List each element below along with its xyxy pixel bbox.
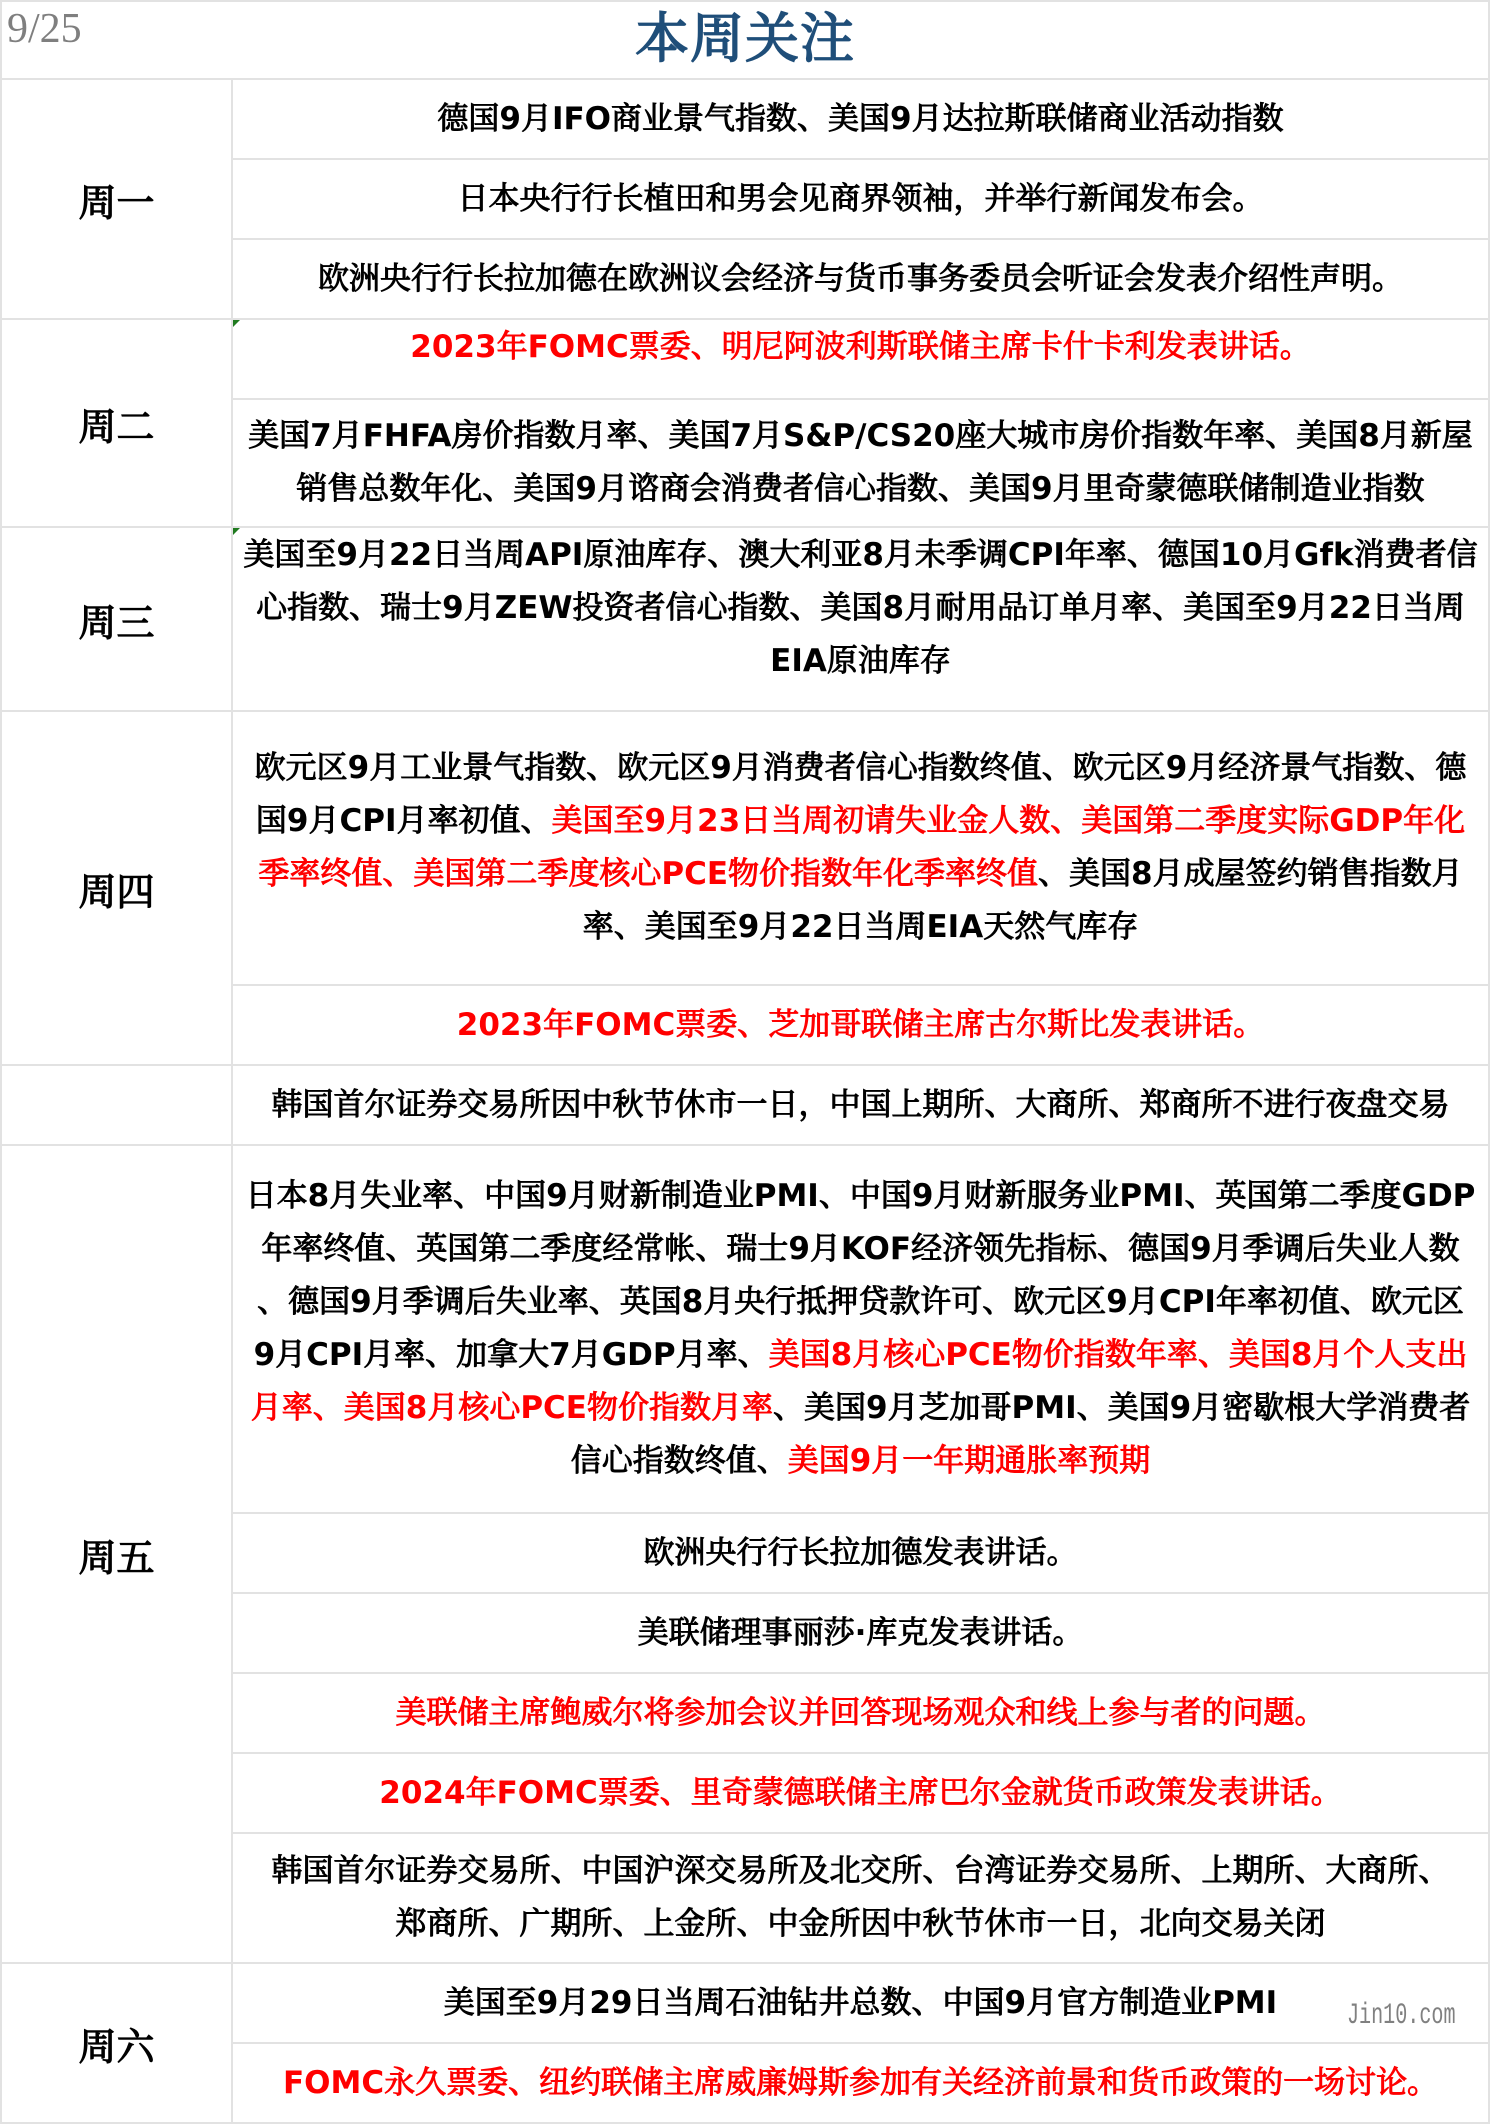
event-text: 美国至9月29日当周石油钻井总数、中国9月官方制造业PMI: [444, 1985, 1277, 2021]
event-text: EIA原油库存: [770, 643, 951, 679]
day-cell-friday: 周五: [0, 1146, 233, 1964]
event-text: 信心指数终值、: [571, 1443, 788, 1479]
event-text: 美国至9月22日当周API原油库存、澳大利亚8月未季调CPI年率、德国10月Gf…: [243, 537, 1477, 573]
day-label: 周三: [78, 592, 154, 647]
event-line: 、德国9月季调后失业率、英国8月央行抵押贷款许可、欧元区9月CPI年率初值、欧元…: [257, 1276, 1464, 1329]
event-line: 心指数、瑞士9月ZEW投资者信心指数、美国8月耐用品订单月率、美国至9月22日当…: [256, 582, 1465, 635]
event-line: 率、美国至9月22日当周EIA天然气库存: [583, 901, 1138, 954]
event-line: 郑商所、广期所、上金所、中金所因中秋节休市一日，北向交易关闭: [396, 1898, 1326, 1951]
event-text: 美联储理事丽莎·库克发表讲话。: [638, 1615, 1084, 1651]
event-cell: 德国9月IFO商业景气指数、美国9月达拉斯联储商业活动指数: [233, 80, 1490, 160]
event-text: 韩国首尔证券交易所、中国沪深交易所及北交所、台湾证券交易所、上期所、大商所、: [272, 1853, 1450, 1889]
event-cell: 日本8月失业率、中国9月财新制造业PMI、中国9月财新服务业PMI、英国第二季度…: [233, 1146, 1490, 1514]
event-line: 欧洲央行行长拉加德在欧洲议会经济与货币事务委员会听证会发表介绍性声明。: [318, 253, 1403, 306]
event-text-highlight: 美联储主席鲍威尔将参加会议并回答现场观众和线上参与者的问题。: [396, 1695, 1326, 1731]
event-line: 2023年FOMC票委、明尼阿波利斯联储主席卡什卡利发表讲话。: [410, 321, 1310, 374]
event-text: 9月CPI月率、加拿大7月GDP月率、: [254, 1337, 769, 1373]
day-cell-saturday: 周六: [0, 1964, 233, 2124]
event-cell: 美联储理事丽莎·库克发表讲话。: [233, 1594, 1490, 1674]
event-text: 、德国9月季调后失业率、英国8月央行抵押贷款许可、欧元区9月CPI年率初值、欧元…: [257, 1284, 1464, 1320]
page-title: 本周关注: [2, 7, 1488, 71]
event-text: 年率终值、英国第二季度经常帐、瑞士9月KOF经济领先指标、德国9月季调后失业人数: [261, 1231, 1459, 1267]
event-text: 欧洲央行行长拉加德在欧洲议会经济与货币事务委员会听证会发表介绍性声明。: [318, 261, 1403, 297]
event-text: 德国9月IFO商业景气指数、美国9月达拉斯联储商业活动指数: [437, 101, 1283, 137]
event-cell: 欧元区9月工业景气指数、欧元区9月消费者信心指数终值、欧元区9月经济景气指数、德…: [233, 712, 1490, 986]
event-cell: FOMC永久票委、纽约联储主席威廉姆斯参加有关经济前景和货币政策的一场讨论。: [233, 2044, 1490, 2124]
event-text-highlight: 2024年FOMC票委、里奇蒙德联储主席巴尔金就货币政策发表讲话。: [379, 1775, 1341, 1811]
event-text: 率、美国至9月22日当周EIA天然气库存: [583, 909, 1138, 945]
event-text: 欧洲央行行长拉加德发表讲话。: [644, 1535, 1078, 1571]
event-text: 国9月CPI月率初值、: [256, 803, 552, 839]
event-cell: 韩国首尔证券交易所因中秋节休市一日，中国上期所、大商所、郑商所不进行夜盘交易: [233, 1066, 1490, 1146]
event-line: 月率、美国8月核心PCE物价指数月率、美国9月芝加哥PMI、美国9月密歇根大学消…: [251, 1382, 1470, 1435]
event-line: 9月CPI月率、加拿大7月GDP月率、美国8月核心PCE物价指数年率、美国8月个…: [254, 1329, 1468, 1382]
day-cell-thursday: 周四: [0, 712, 233, 1066]
event-line: 季率终值、美国第二季度核心PCE物价指数年化季率终值、美国8月成屋签约销售指数月: [258, 848, 1462, 901]
event-cell: 美国至9月29日当周石油钻井总数、中国9月官方制造业PMI: [233, 1964, 1490, 2044]
event-text: 2023年FOMC票委、明尼阿波利斯联储主席卡什卡利发表讲话。: [410, 329, 1310, 365]
event-line: 美国至9月22日当周API原油库存、澳大利亚8月未季调CPI年率、德国10月Gf…: [243, 529, 1477, 582]
event-cell: 欧洲央行行长拉加德发表讲话。: [233, 1514, 1490, 1594]
event-cell: 韩国首尔证券交易所、中国沪深交易所及北交所、台湾证券交易所、上期所、大商所、 郑…: [233, 1834, 1490, 1964]
event-line: 美国7月FHFA房价指数月率、美国7月S&P/CS20座大城市房价指数年率、美国…: [248, 410, 1473, 463]
day-cell-empty: [0, 1066, 233, 1146]
event-line: 韩国首尔证券交易所因中秋节休市一日，中国上期所、大商所、郑商所不进行夜盘交易: [272, 1079, 1450, 1132]
day-label: 周四: [78, 861, 154, 916]
event-line: 美联储理事丽莎·库克发表讲话。: [638, 1607, 1084, 1660]
watermark-text: Jin10.com: [1347, 2001, 1456, 2031]
event-text-highlight: FOMC永久票委、纽约联储主席威廉姆斯参加有关经济前景和货币政策的一场讨论。: [283, 2065, 1438, 2101]
event-text-highlight: 美国9月一年期通胀率预期: [788, 1443, 1151, 1479]
event-cell: 2023年FOMC票委、芝加哥联储主席古尔斯比发表讲话。: [233, 986, 1490, 1066]
event-text: 心指数、瑞士9月ZEW投资者信心指数、美国8月耐用品订单月率、美国至9月22日当…: [256, 590, 1465, 626]
day-cell-wednesday: 周三: [0, 528, 233, 712]
event-text-highlight: 季率终值、美国第二季度核心PCE物价指数年化季率终值: [258, 856, 1038, 892]
event-line: 欧洲央行行长拉加德发表讲话。: [644, 1527, 1078, 1580]
day-label: 周五: [78, 1527, 154, 1582]
event-text: 日本央行行长植田和男会见商界领袖，并举行新闻发布会。: [458, 181, 1264, 217]
event-text: 、美国9月芝加哥PMI、美国9月密歇根大学消费者: [773, 1390, 1470, 1426]
event-line: 日本央行行长植田和男会见商界领袖，并举行新闻发布会。: [458, 173, 1264, 226]
event-line: 韩国首尔证券交易所、中国沪深交易所及北交所、台湾证券交易所、上期所、大商所、: [272, 1845, 1450, 1898]
event-line: 日本8月失业率、中国9月财新制造业PMI、中国9月财新服务业PMI、英国第二季度…: [246, 1170, 1476, 1223]
event-line: 美国至9月29日当周石油钻井总数、中国9月官方制造业PMI: [444, 1977, 1277, 2030]
event-line: 美联储主席鲍威尔将参加会议并回答现场观众和线上参与者的问题。: [396, 1687, 1326, 1740]
event-text: 韩国首尔证券交易所因中秋节休市一日，中国上期所、大商所、郑商所不进行夜盘交易: [272, 1087, 1450, 1123]
day-label: 周一: [78, 172, 154, 227]
event-cell: 日本央行行长植田和男会见商界领袖，并举行新闻发布会。: [233, 160, 1490, 240]
event-cell: 美国至9月22日当周API原油库存、澳大利亚8月未季调CPI年率、德国10月Gf…: [233, 528, 1490, 712]
event-cell: 欧洲央行行长拉加德在欧洲议会经济与货币事务委员会听证会发表介绍性声明。: [233, 240, 1490, 320]
day-label: 周六: [78, 2016, 154, 2071]
event-line: FOMC永久票委、纽约联储主席威廉姆斯参加有关经济前景和货币政策的一场讨论。: [283, 2057, 1438, 2110]
event-text: 日本8月失业率、中国9月财新制造业PMI、中国9月财新服务业PMI、英国第二季度…: [246, 1178, 1476, 1214]
event-line: 2024年FOMC票委、里奇蒙德联储主席巴尔金就货币政策发表讲话。: [379, 1767, 1341, 1820]
weekly-focus-table: 9/25 本周关注 周一 德国9月IFO商业景气指数、美国9月达拉斯联储商业活动…: [0, 0, 1490, 2124]
event-text: 郑商所、广期所、上金所、中金所因中秋节休市一日，北向交易关闭: [396, 1906, 1326, 1942]
event-line: 年率终值、英国第二季度经常帐、瑞士9月KOF经济领先指标、德国9月季调后失业人数: [261, 1223, 1459, 1276]
event-cell: 美联储主席鲍威尔将参加会议并回答现场观众和线上参与者的问题。: [233, 1674, 1490, 1754]
event-text-highlight: 美国至9月23日当周初请失业金人数、美国第二季度实际GDP年化: [551, 803, 1465, 839]
event-line: 信心指数终值、美国9月一年期通胀率预期: [571, 1435, 1151, 1488]
event-cell: 2024年FOMC票委、里奇蒙德联储主席巴尔金就货币政策发表讲话。: [233, 1754, 1490, 1834]
error-indicator-icon: [233, 320, 240, 327]
event-line: EIA原油库存: [770, 635, 951, 688]
event-cell: 2023年FOMC票委、明尼阿波利斯联储主席卡什卡利发表讲话。: [233, 320, 1490, 400]
event-text: 欧元区9月工业景气指数、欧元区9月消费者信心指数终值、欧元区9月经济景气指数、德: [255, 750, 1467, 786]
day-label: 周二: [78, 396, 154, 451]
event-text: 、美国8月成屋签约销售指数月: [1038, 856, 1463, 892]
event-text-highlight: 美国8月核心PCE物价指数年率、美国8月个人支出: [769, 1337, 1468, 1373]
event-cell: 美国7月FHFA房价指数月率、美国7月S&P/CS20座大城市房价指数年率、美国…: [233, 400, 1490, 528]
event-line: 德国9月IFO商业景气指数、美国9月达拉斯联储商业活动指数: [437, 93, 1283, 146]
error-indicator-icon: [233, 528, 240, 535]
event-line: 国9月CPI月率初值、美国至9月23日当周初请失业金人数、美国第二季度实际GDP…: [256, 795, 1465, 848]
event-text-highlight: 月率、美国8月核心PCE物价指数月率: [251, 1390, 773, 1426]
event-text: 销售总数年化、美国9月谘商会消费者信心指数、美国9月里奇蒙德联储制造业指数: [296, 471, 1424, 507]
event-text: 美国7月FHFA房价指数月率、美国7月S&P/CS20座大城市房价指数年率、美国…: [248, 418, 1473, 454]
event-line: 2023年FOMC票委、芝加哥联储主席古尔斯比发表讲话。: [457, 999, 1264, 1052]
event-line: 欧元区9月工业景气指数、欧元区9月消费者信心指数终值、欧元区9月经济景气指数、德: [255, 742, 1467, 795]
sheet-header: 9/25 本周关注: [0, 0, 1490, 80]
day-cell-tuesday: 周二: [0, 320, 233, 528]
day-cell-monday: 周一: [0, 80, 233, 320]
event-line: 销售总数年化、美国9月谘商会消费者信心指数、美国9月里奇蒙德联储制造业指数: [296, 463, 1424, 516]
event-text-highlight: 2023年FOMC票委、芝加哥联储主席古尔斯比发表讲话。: [457, 1007, 1264, 1043]
